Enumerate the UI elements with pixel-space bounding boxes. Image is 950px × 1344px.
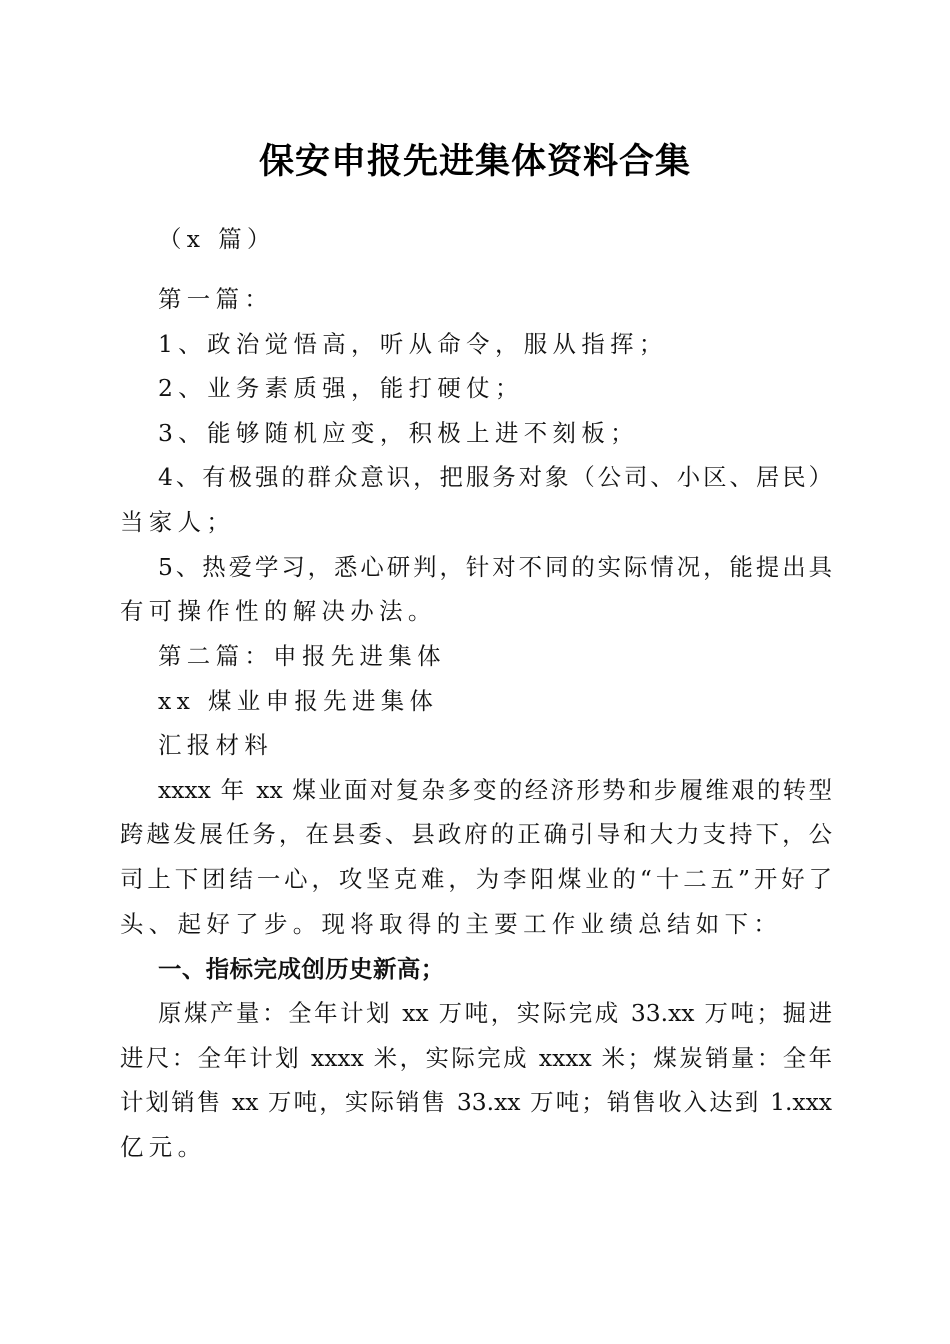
section-heading-part-1: 第一篇： (158, 284, 870, 314)
indicators-line-2: 进尺：全年计划 xxxx 米，实际完成 xxxx 米；煤炭销量：全年 (120, 1043, 832, 1073)
list-item-4-line-1: 4、有极强的群众意识，把服务对象（公司、小区、居民） (158, 462, 832, 492)
list-item-2: 2、业务素质强，能打硬仗； (158, 373, 870, 403)
body-paragraph-line-1: xxxx 年 xx 煤业面对复杂多变的经济形势和步履维艰的转型 (158, 775, 832, 805)
list-item-3: 3、能够随机应变，积极上进不刻板； (158, 418, 870, 448)
section-heading-indicators: 一、指标完成创历史新高； (158, 954, 870, 984)
list-item-1: 1、政治觉悟高，听从命令，服从指挥； (158, 329, 870, 359)
list-item-5-line-2: 有可操作性的解决办法。 (120, 596, 832, 626)
subtitle-report: 汇报材料 (158, 730, 870, 760)
list-item-4-line-2: 当家人； (120, 507, 832, 537)
body-paragraph-line-3: 司上下团结一心，攻坚克难，为李阳煤业的“十二五”开好了 (120, 864, 832, 894)
body-paragraph-line-2: 跨越发展任务，在县委、县政府的正确引导和大力支持下，公 (120, 819, 832, 849)
section-heading-part-2: 第二篇：申报先进集体 (158, 641, 870, 671)
document-title: 保安申报先进集体资料合集 (0, 134, 950, 184)
document-page: 保安申报先进集体资料合集 （x 篇） 第一篇： 1、政治觉悟高，听从命令，服从指… (0, 0, 950, 1344)
subtitle-line: xx 煤业申报先进集体 (158, 686, 870, 716)
indicators-line-3: 计划销售 xx 万吨，实际销售 33.xx 万吨；销售收入达到 1.xxx (120, 1087, 832, 1117)
indicators-line-4: 亿元。 (120, 1132, 832, 1162)
paragraph-count-note: （x 篇） (158, 224, 870, 254)
indicators-line-1: 原煤产量：全年计划 xx 万吨，实际完成 33.xx 万吨；掘进 (158, 998, 832, 1028)
list-item-5-line-1: 5、热爱学习，悉心研判，针对不同的实际情况，能提出具 (158, 552, 832, 582)
body-paragraph-line-4: 头、起好了步。现将取得的主要工作业绩总结如下： (120, 909, 832, 939)
